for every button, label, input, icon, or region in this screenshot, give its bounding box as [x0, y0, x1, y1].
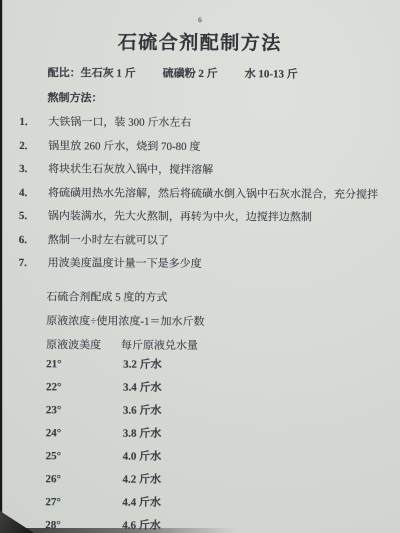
degree-cell: 27° — [45, 495, 122, 509]
water-cell: 4.4 斤水 — [122, 495, 161, 509]
step-item: 7. 用波美度温度计量一下是多少度 — [19, 256, 397, 272]
step-text: 锅内装满水，先大火熬制，再转为中火，边搅拌边熬制 — [48, 209, 312, 225]
water-cell: 4.0 斤水 — [123, 449, 162, 463]
table-row: 27° 4.4 斤水 — [45, 495, 395, 511]
water-cell: 4.2 斤水 — [122, 472, 161, 486]
dilution-column-headers: 原液波美度 每斤原液兑水量 — [46, 338, 396, 355]
step-text: 大铁锅一口，装 300 斤水左右 — [48, 115, 191, 130]
document-photo: 6 石硫合剂配制方法 配比：生石灰 1 斤硫磺粉 2 斤水 10-13 斤 熬制… — [0, 0, 400, 533]
dilution-table: 21° 3.2 斤水 22° 3.4 斤水 23° 3.6 斤水 24° 3.8… — [0, 356, 396, 533]
degree-cell: 25° — [46, 449, 123, 463]
step-number: 4. — [19, 186, 48, 201]
paper-left-edge-shadow — [0, 0, 3, 533]
step-item: 1. 大铁锅一口，装 300 斤水左右 — [19, 115, 397, 131]
degree-cell: 24° — [46, 426, 123, 440]
step-text: 锅里放 260 斤水，烧到 70-80 度 — [48, 139, 200, 154]
step-number: 2. — [19, 139, 48, 154]
water-cell: 3.6 斤水 — [123, 403, 162, 417]
water-cell: 3.4 斤水 — [123, 380, 162, 394]
table-row: 26° 4.2 斤水 — [45, 472, 395, 488]
table-row: 21° 3.2 斤水 — [46, 357, 396, 373]
ratio-item-lime: 生石灰 1 斤 — [81, 67, 136, 79]
document-content: 6 石硫合剂配制方法 配比：生石灰 1 斤硫磺粉 2 斤水 10-13 斤 熬制… — [0, 0, 398, 533]
step-item: 6. 熬制一小时左右就可以了 — [19, 233, 397, 249]
step-number: 1. — [19, 115, 48, 130]
step-number: 3. — [19, 162, 48, 177]
column-header-water: 每斤原液兑水量 — [121, 339, 198, 351]
table-row: 25° 4.0 斤水 — [46, 449, 396, 465]
step-item: 2. 锅里放 260 斤水，烧到 70-80 度 — [19, 139, 397, 155]
table-row: 23° 3.6 斤水 — [46, 403, 396, 419]
step-number: 6. — [19, 233, 48, 248]
paper-bottom-edge-shadow — [0, 528, 235, 533]
water-cell: 3.8 斤水 — [123, 426, 162, 440]
table-row: 22° 3.4 斤水 — [46, 380, 396, 396]
column-header-degree: 原液波美度 — [46, 339, 101, 351]
ratio-label: 配比： — [48, 67, 81, 79]
step-text: 用波美度温度计量一下是多少度 — [48, 256, 202, 271]
degree-cell: 23° — [46, 403, 123, 417]
page-number: 6 — [2, 0, 398, 26]
water-cell: 3.2 斤水 — [123, 357, 162, 371]
step-number: 7. — [19, 256, 48, 271]
step-number: 5. — [19, 209, 48, 224]
ratio-item-sulfur: 硫磺粉 2 斤 — [163, 68, 218, 80]
degree-cell: 22° — [46, 380, 123, 394]
step-item: 5. 锅内装满水，先大火熬制，再转为中火，边搅拌边熬制 — [19, 209, 397, 225]
dilution-heading: 石硫合剂配成 5 度的方式 — [46, 290, 396, 307]
step-item: 4. 将硫磺用热水先溶解，然后将硫磺水倒入锅中石灰水混合，充分搅拌 — [19, 186, 397, 202]
step-item: 3. 将块状生石灰放入锅中，搅拌溶解 — [19, 162, 397, 178]
table-row: 24° 3.8 斤水 — [46, 426, 396, 442]
step-text: 将硫磺用热水先溶解，然后将硫磺水倒入锅中石灰水混合，充分搅拌 — [48, 186, 378, 202]
ratio-item-water: 水 10-13 斤 — [245, 68, 298, 80]
dilution-formula: 原液浓度÷使用浓度-1＝加水斤数 — [46, 314, 396, 331]
degree-cell: 21° — [46, 357, 123, 371]
degree-cell: 26° — [45, 472, 122, 486]
ratio-line: 配比：生石灰 1 斤硫磺粉 2 斤水 10-13 斤 — [48, 66, 398, 83]
method-heading: 熬制方法： — [47, 91, 397, 108]
document-title: 石硫合剂配制方法 — [2, 31, 398, 57]
step-text: 熬制一小时左右就可以了 — [48, 233, 169, 248]
steps-list: 1. 大铁锅一口，装 300 斤水左右 2. 锅里放 260 斤水，烧到 70-… — [1, 115, 398, 273]
step-text: 将块状生石灰放入锅中，搅拌溶解 — [48, 162, 213, 177]
